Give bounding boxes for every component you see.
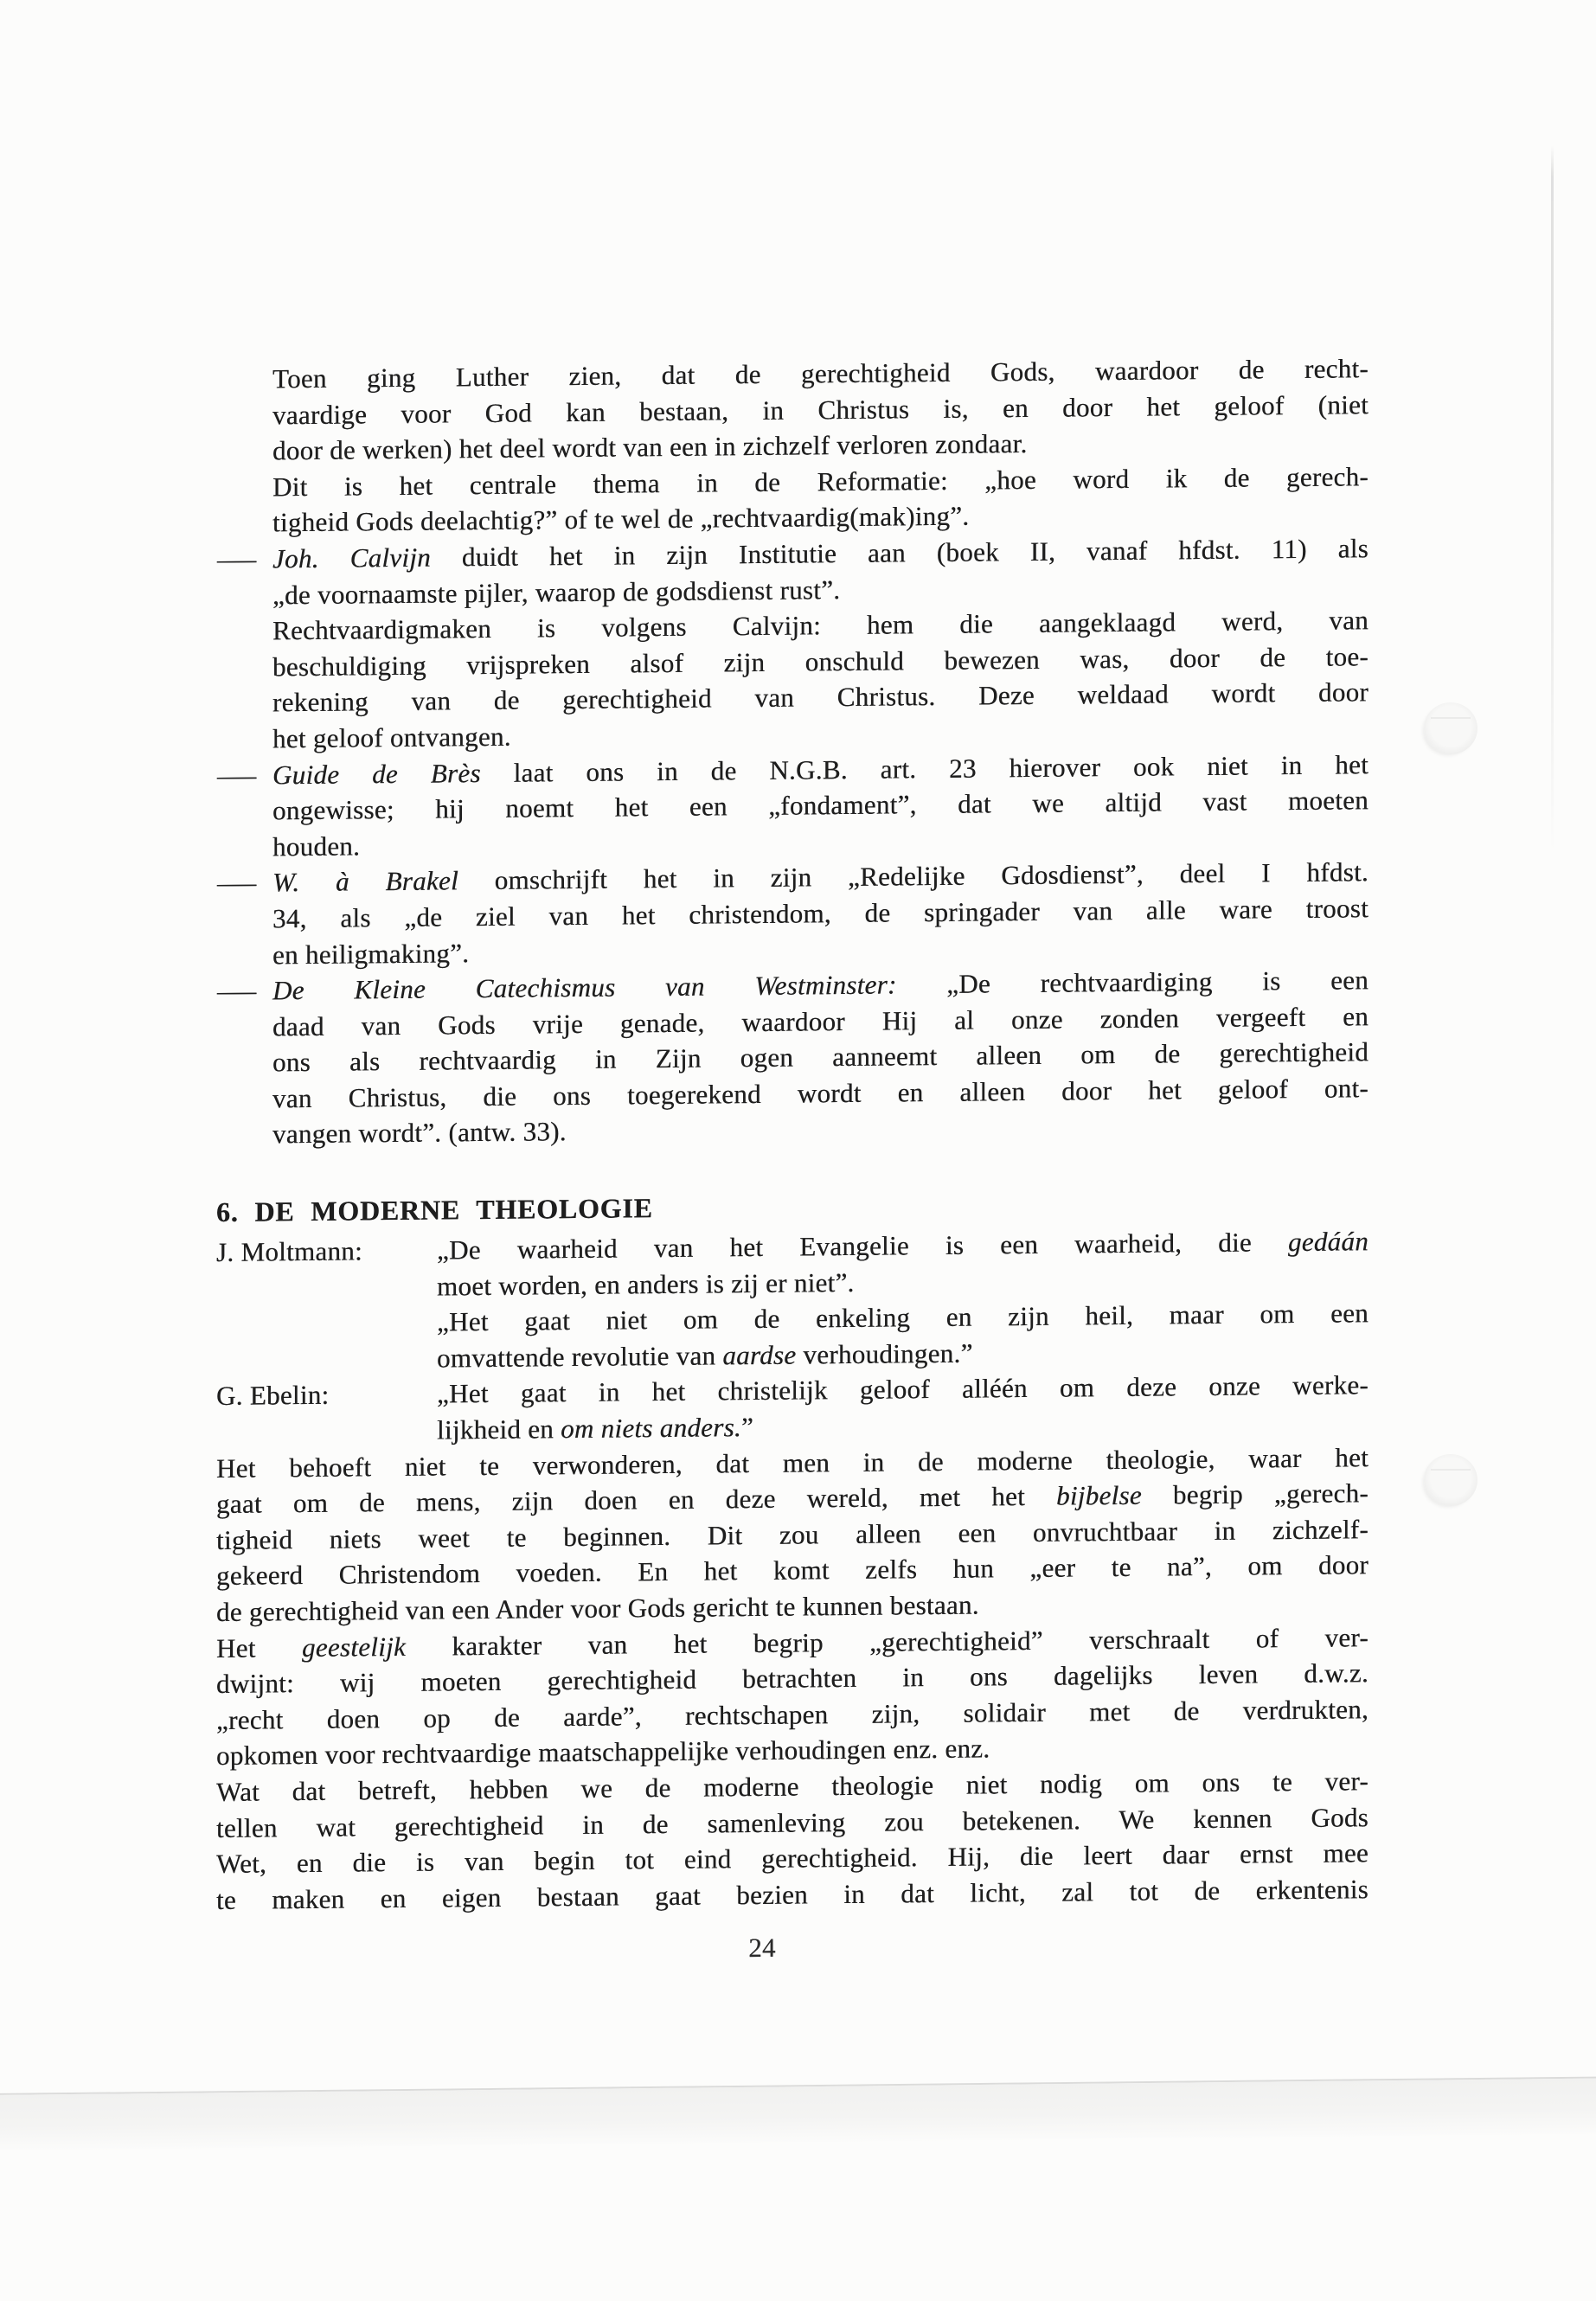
list-item-dash: —: [217, 542, 256, 578]
paragraph: —Guide de Brès laat ons in de N.G.B. art…: [272, 747, 1368, 865]
list-item-dash: —: [217, 865, 256, 901]
text-line: 6. DE MODERNE THEOLOGIE: [216, 1182, 1368, 1231]
paragraph: G. Ebelin:„Het gaat in het christelijk g…: [437, 1368, 1368, 1449]
page-edge-scan-line: [1551, 145, 1554, 855]
punch-hole-top: [1424, 702, 1477, 754]
page-number: 24: [216, 1925, 1308, 1971]
bottom-page-edge: [0, 2076, 1596, 2150]
scanned-book-page: Toen ging Luther zien, dat de gerechtigh…: [0, 0, 1596, 2301]
paragraph: J. Moltmann:„De waarheid van het Evangel…: [437, 1223, 1368, 1376]
speaker-label: J. Moltmann:: [216, 1233, 362, 1270]
paragraph: —W. à Brakel omschrijft het in zijn „Red…: [272, 855, 1368, 973]
bottom-edge-shadow-band: [0, 2078, 1596, 2150]
paragraph: Het behoeft niet te verwonderen, dat men…: [216, 1439, 1368, 1919]
paragraph: Toen ging Luther zien, dat de gerechtigh…: [272, 350, 1368, 541]
list-item-dash: —: [217, 757, 256, 793]
paragraph: —De Kleine Catechismus van Westminster: …: [272, 962, 1368, 1152]
punch-hole-bottom: [1424, 1454, 1477, 1506]
text-body: Toen ging Luther zien, dat de gerechtigh…: [216, 350, 1368, 1971]
section-heading: 6. DE MODERNE THEOLOGIE: [216, 1182, 1368, 1231]
paragraph: —Joh. Calvijn duidt het in zijn Institut…: [272, 530, 1368, 757]
list-item-dash: —: [217, 973, 256, 1009]
speaker-label: G. Ebelin:: [216, 1377, 329, 1414]
